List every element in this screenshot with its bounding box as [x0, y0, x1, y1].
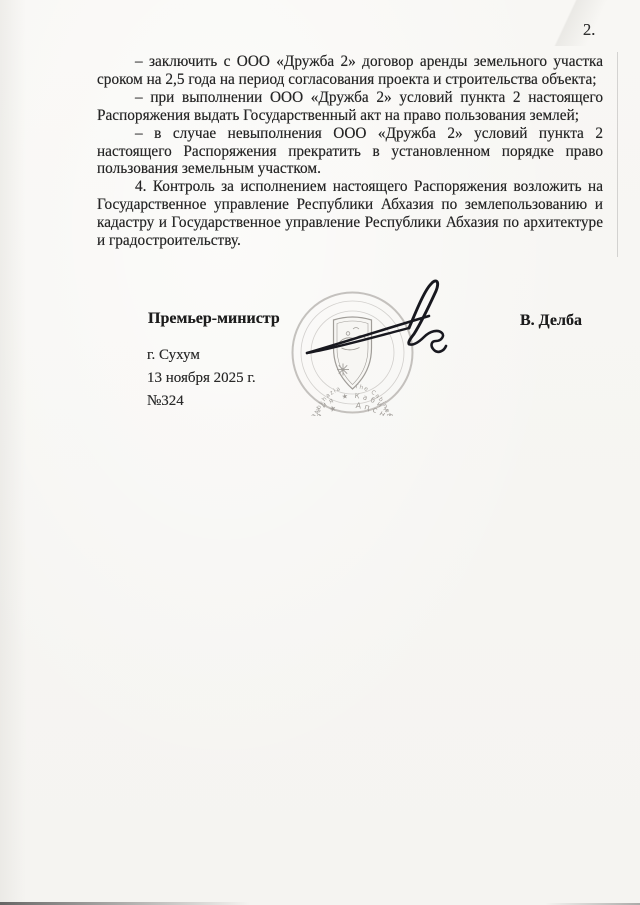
paragraph-state-act: – при выполнении ООО «Дружба 2» условий … [97, 89, 603, 125]
paragraph-termination: – в случае невыполнения ООО «Дружба 2» у… [97, 125, 603, 179]
scan-fold-shadow [470, 0, 640, 46]
document-body: – заключить с ООО «Дружба 2» договор аре… [97, 53, 603, 250]
scanned-document-page: 2. – заключить с ООО «Дружба 2» договор … [0, 0, 640, 905]
paragraph-lease-term: – заключить с ООО «Дружба 2» договор аре… [97, 53, 603, 89]
signer-title: Премьер-министр [148, 310, 280, 328]
scan-left-edge-shadow [0, 0, 26, 905]
scan-crease-line [617, 52, 618, 257]
document-number: №324 [147, 393, 184, 410]
signature-date: 13 ноября 2025 г. [147, 370, 256, 387]
handwritten-signature-icon [288, 270, 468, 374]
signer-name: В. Делба [520, 312, 582, 330]
paragraph-control: 4. Контроль за исполнением настоящего Ра… [97, 178, 603, 250]
stamp-outer-ring-text: Аԥсны Аҳәынҭқарра Аминистрцәа Реилазаара… [290, 401, 415, 416]
signature-city: г. Сухум [147, 347, 200, 364]
